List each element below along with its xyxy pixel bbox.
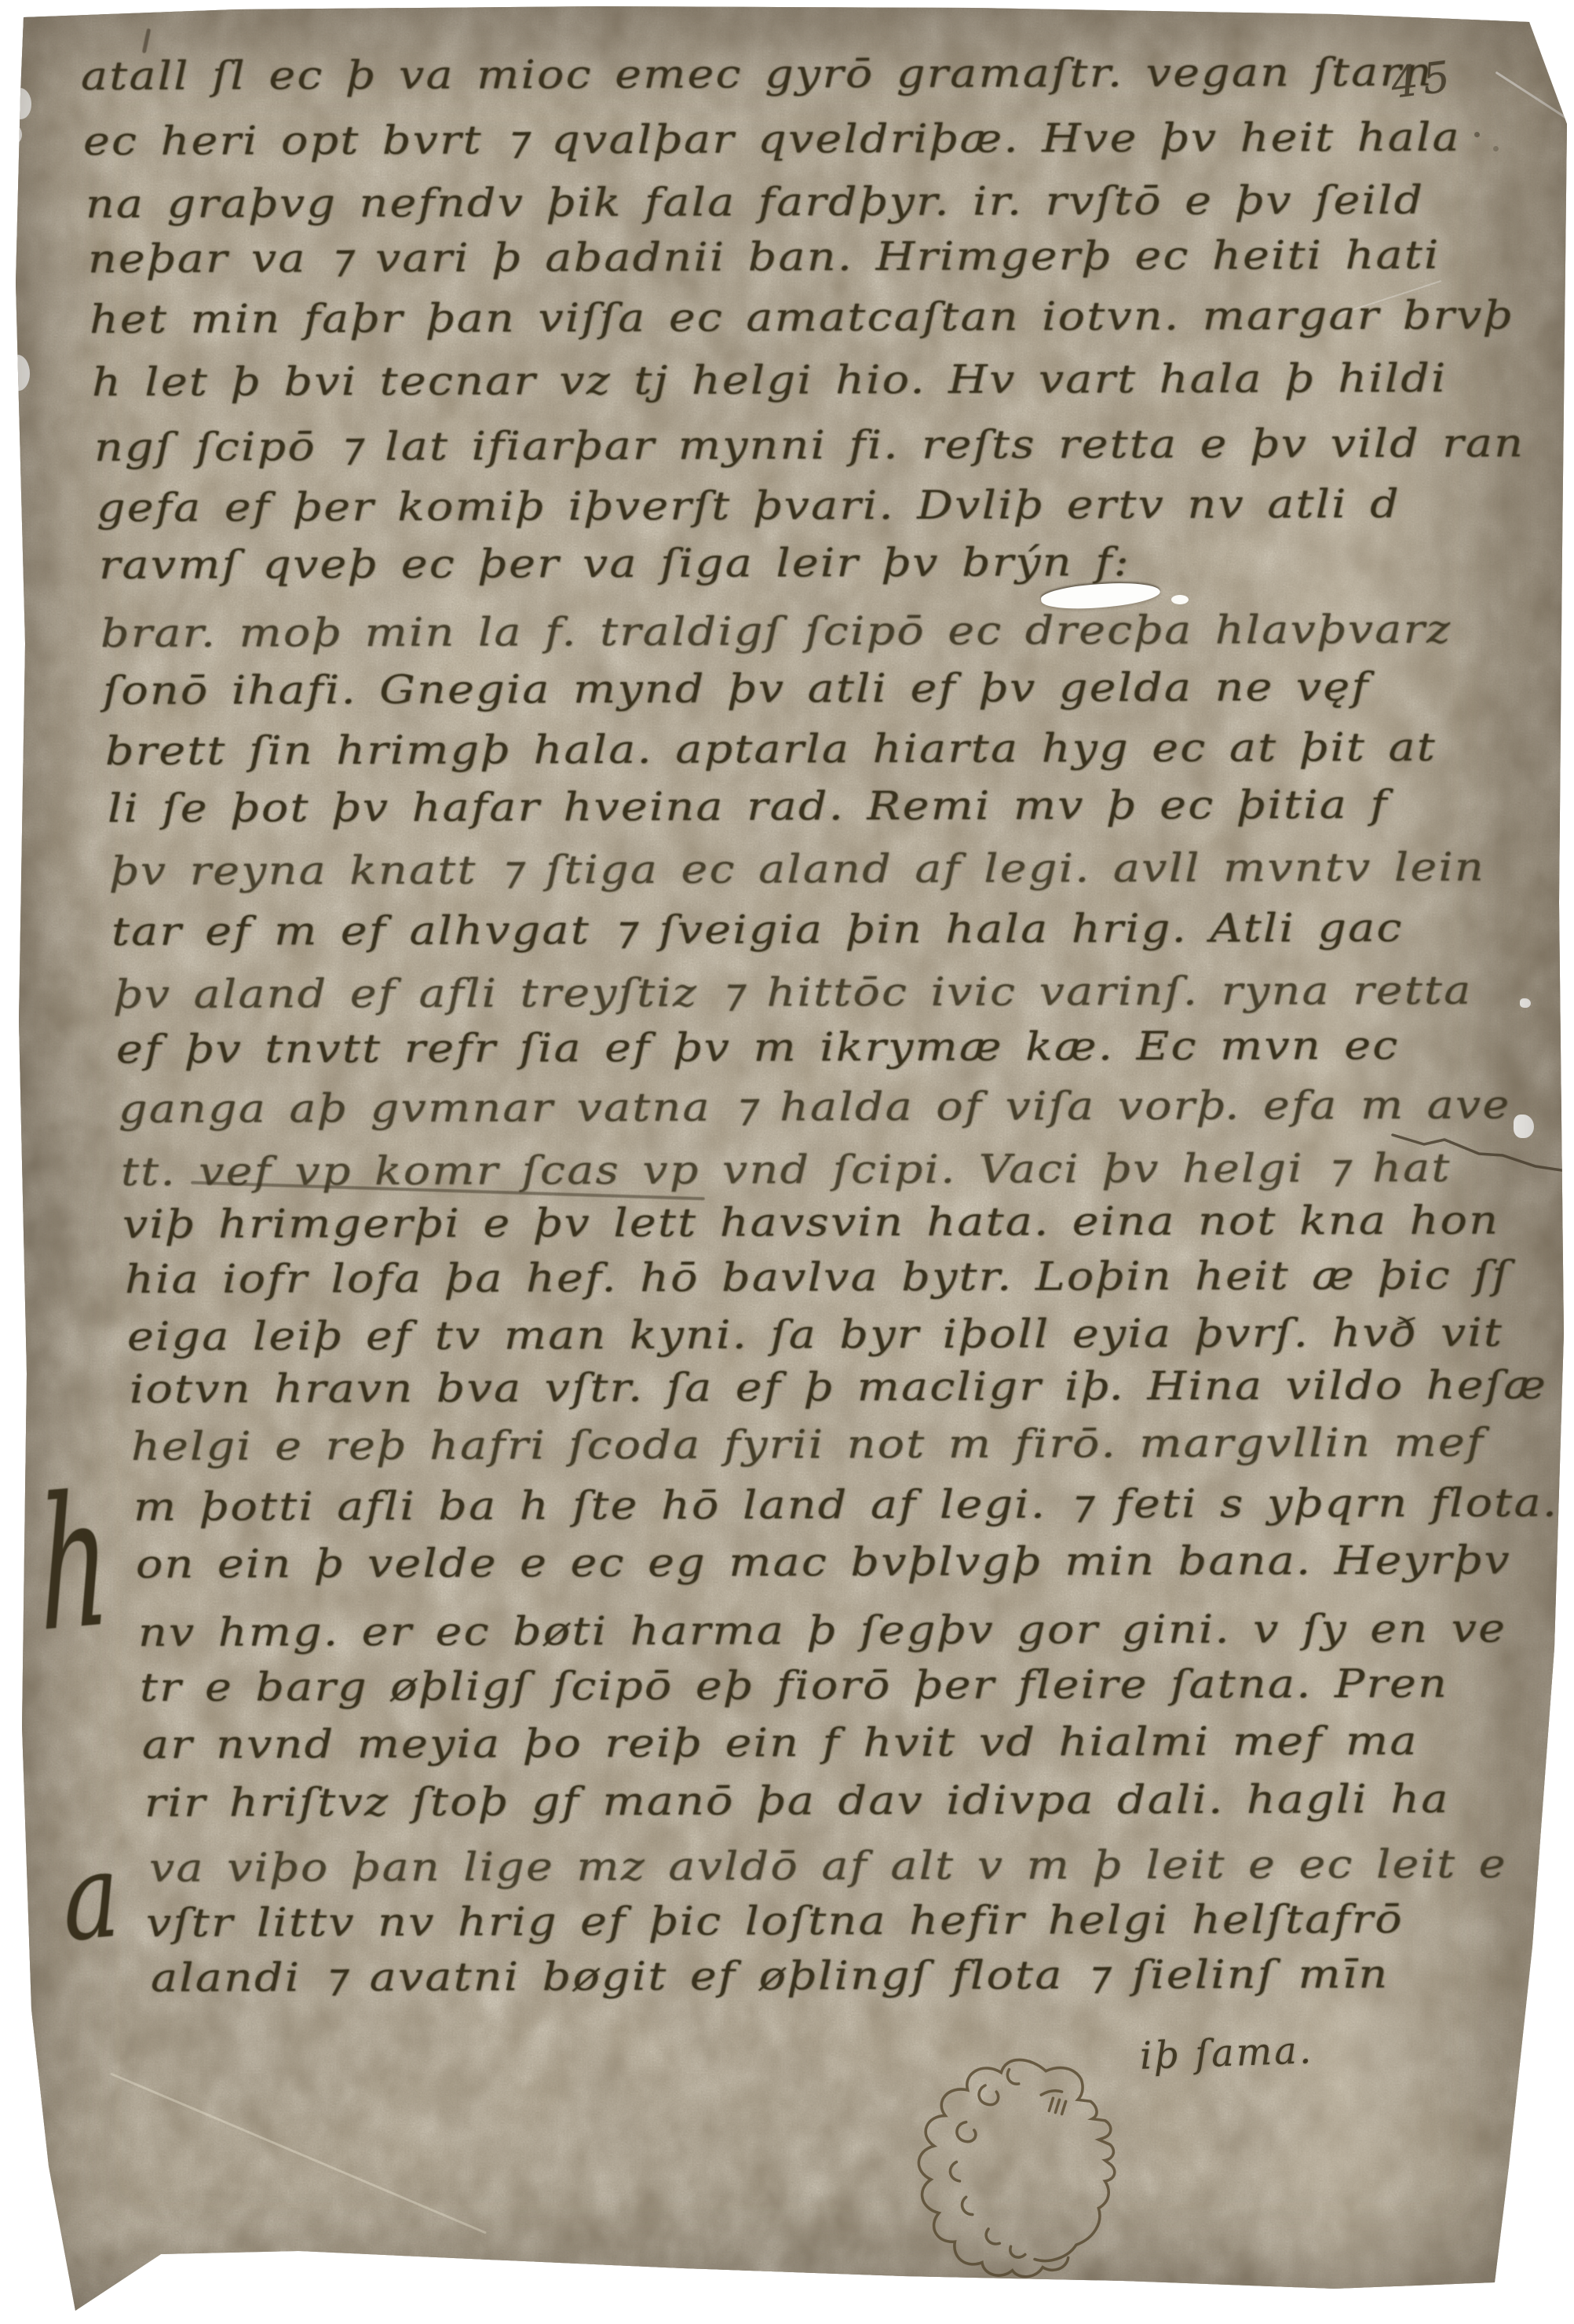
ink-dot [1493, 146, 1499, 151]
edge-notch [5, 124, 22, 144]
manuscript-line: brett ſin hrimgþ hala. aptarla hiarta hy… [105, 728, 1437, 771]
manuscript-line: þv aland ef afli treyſtiz ⁊ hittōc ivic … [114, 971, 1473, 1014]
manuscript-line: vſtr littv nv hrig ef þic loſtna hefir h… [146, 1899, 1404, 1943]
edge-notch [6, 355, 30, 391]
parchment-crack [1388, 1113, 1574, 1176]
face-doodle [884, 2038, 1182, 2285]
manuscript-line: het min faþr þan viſſa ec amatcaſtan iot… [89, 295, 1514, 339]
manuscript-line: ravmſ qveþ ec þer va ſiga leir þv brýn f… [99, 542, 1130, 585]
manuscript-line: rir hriſtvz ſtoþ gf manō þa dav idivpa d… [144, 1779, 1450, 1822]
manuscript-line: ſonō ihafi. Gnegia mynd þv atli ef þv ge… [103, 667, 1370, 710]
manuscript-line: atall ſl ec þ va mioc emec gyrō gramaſtr… [81, 53, 1433, 96]
manuscript-line: iotvn hravn bva vſtr. ſa ef þ macligr iþ… [130, 1365, 1547, 1409]
manuscript-line: gefa ef þer komiþ iþverſt þvari. Dvliþ e… [97, 484, 1401, 527]
manuscript-line: tar ef m ef alhvgat ⁊ ſveigia þin hala h… [111, 908, 1404, 951]
text-block: atall ſl ec þ va mioc emec gyrō gramaſtr… [0, 0, 1574, 2324]
doodle-eye [1049, 2098, 1065, 2114]
marginal-initial-a: a [60, 1837, 122, 1959]
manuscript-line: ef þv tnvtt refr ſia ef þv m ikrymæ kæ. … [116, 1026, 1400, 1069]
manuscript-line: eiga leiþ ef tv man kyni. ſa byr iþoll e… [127, 1313, 1503, 1356]
manuscript-line: neþar va ⁊ vari þ abadnii ban. Hrimgerþ … [88, 235, 1441, 279]
stray-ink-mark [142, 28, 152, 53]
edge-notch [9, 88, 31, 119]
manuscript-line: ngſ ſcipō ⁊ lat ifiarþar mynni fi. reſts… [94, 423, 1525, 467]
manuscript-line: nv hmg. er ec bøti harma þ ſegþv gor gin… [138, 1609, 1506, 1652]
manuscript-line: on ein þ velde e ec eg mac bvþlvgþ min b… [136, 1541, 1511, 1584]
manuscript-line: viþ hrimgerþi e þv lett havsvin hata. ei… [122, 1201, 1499, 1244]
doodle-hair-curl [962, 2197, 973, 2214]
edge-notch [1520, 998, 1531, 1008]
folio-number: 45 [1388, 51, 1457, 108]
manuscript-line: alandi ⁊ avatni bøgit ef øþlingſ flota ⁊… [151, 1954, 1390, 1997]
ink-dot [1474, 132, 1480, 137]
manuscript-line: tr e barg øþligſ ſcipō eþ fiorō þer flei… [140, 1664, 1448, 1707]
parchment-leaf: atall ſl ec þ va mioc emec gyrō gramaſtr… [0, 0, 1574, 2324]
manuscript-line: h let þ bvi tecnar vz tj helgi hio. Hv v… [92, 359, 1448, 402]
manuscript-line: hia iofr lofa þa hef. hō bavlva bytr. Lo… [125, 1256, 1510, 1299]
doodle-hair-curl [957, 2122, 976, 2142]
doodle-hair-curl [979, 2085, 999, 2105]
doodle-hair-curl [950, 2162, 959, 2181]
doodle-brow [1041, 2091, 1061, 2095]
marginal-initial-h: h [36, 1469, 112, 1658]
parchment-speck [1171, 595, 1189, 604]
doodle-hair-curl [1010, 2246, 1025, 2257]
doodle-hair-curl [1007, 2070, 1018, 2085]
doodle-hair-curl [986, 2229, 999, 2244]
manuscript-line: na graþvg nefndv þik fala fardþyr. ir. r… [86, 181, 1425, 224]
manuscript-line: li ſe þot þv hafar hveina rad. Remi mv þ… [108, 785, 1389, 828]
manuscript-line: ar nvnd meyia þo reiþ ein f hvit vd hial… [142, 1721, 1419, 1764]
manuscript-line: brar. moþ min la f. traldigſ ſcipō ec dr… [100, 610, 1452, 653]
doodle-face-profile [1035, 2068, 1115, 2261]
manuscript-line: va viþo þan lige mz avldō af alt v m þ l… [149, 1844, 1507, 1888]
edge-notch [1514, 1115, 1534, 1138]
manuscript-line: þv reyna knatt ⁊ ſtiga ec aland af legi.… [110, 848, 1485, 891]
manuscript-line: ganga aþ gvmnar vatna ⁊ halda of viſa vo… [119, 1085, 1511, 1129]
manuscript-photograph: atall ſl ec þ va mioc emec gyrō gramaſtr… [0, 0, 1574, 2324]
manuscript-line: ec heri opt bvrt ⁊ qvalþar qveldriþæ. Hv… [83, 118, 1461, 161]
manuscript-line: m þotti afli ba h ſte hō land af legi. ⁊… [133, 1483, 1558, 1527]
manuscript-line: helgi e reþ hafri ſcoda fyrii not m firō… [131, 1423, 1485, 1466]
